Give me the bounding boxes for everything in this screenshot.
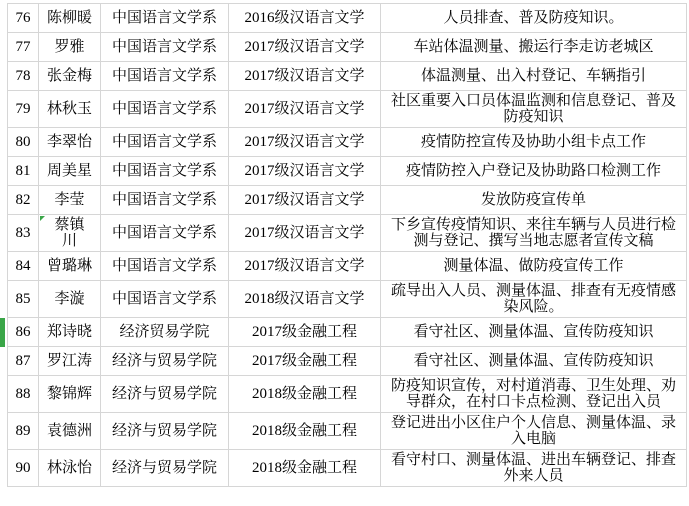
row-number-cell: 80: [8, 128, 39, 157]
row-number-cell: 78: [8, 62, 39, 91]
table-row: 82 李莹 中国语言文学系 2017级汉语言文学 发放防疫宣传单: [8, 186, 687, 215]
table-row: 77 罗雅 中国语言文学系 2017级汉语言文学 车站体温测量、搬运行李走访老城…: [8, 33, 687, 62]
work-description-cell: 看守社区、测量体温、宣传防疫知识: [381, 347, 687, 376]
row-number-cell: 76: [8, 4, 39, 33]
class-major-cell: 2018级金融工程: [229, 450, 381, 487]
department-cell: 中国语言文学系: [101, 281, 229, 318]
department-cell: 中国语言文学系: [101, 252, 229, 281]
class-major-cell: 2017级汉语言文学: [229, 33, 381, 62]
department-cell: 经济贸易学院: [101, 318, 229, 347]
row-number-cell: 86: [8, 318, 39, 347]
department-cell: 经济与贸易学院: [101, 450, 229, 487]
student-name-cell: 李漩: [39, 281, 101, 318]
student-name-cell: 黎锦辉: [39, 376, 101, 413]
work-description-cell: 疏导出入人员、测量体温、排查有无疫情感染风险。: [381, 281, 687, 318]
student-name-text: 袁德洲: [47, 423, 92, 439]
row-number-cell: 88: [8, 376, 39, 413]
work-description-cell: 疫情防控入户登记及协助路口检测工作: [381, 157, 687, 186]
student-name-text: 林泳怡: [47, 460, 92, 476]
row-number-cell: 82: [8, 186, 39, 215]
table-row: 86 郑诗晓 经济贸易学院 2017级金融工程 看守社区、测量体温、宣传防疫知识: [8, 318, 687, 347]
student-name-cell: 郑诗晓: [39, 318, 101, 347]
student-name-text: 李莹: [54, 192, 84, 208]
table-row: 89 袁德洲 经济与贸易学院 2018级金融工程 登记进出小区住户个人信息、测量…: [8, 413, 687, 450]
department-cell: 中国语言文学系: [101, 157, 229, 186]
row-highlight-bar: [0, 318, 5, 347]
row-number-cell: 89: [8, 413, 39, 450]
student-name-cell: 李莹: [39, 186, 101, 215]
class-major-cell: 2017级汉语言文学: [229, 62, 381, 91]
table-row: 84 曾璐琳 中国语言文学系 2017级汉语言文学 测量体温、做防疫宣传工作: [8, 252, 687, 281]
department-cell: 经济与贸易学院: [101, 347, 229, 376]
work-description-cell: 社区重要入口员体温监测和信息登记、普及防疫知识: [381, 91, 687, 128]
class-major-cell: 2018级金融工程: [229, 413, 381, 450]
row-number-cell: 87: [8, 347, 39, 376]
student-name-text: 李漩: [54, 291, 84, 307]
student-name-cell: 曾璐琳: [39, 252, 101, 281]
department-cell: 中国语言文学系: [101, 186, 229, 215]
work-description-cell: 发放防疫宣传单: [381, 186, 687, 215]
table-row: 76 陈柳暖 中国语言文学系 2016级汉语言文学 人员排查、普及防疫知识。: [8, 4, 687, 33]
student-name-cell: 李翠怡: [39, 128, 101, 157]
class-major-cell: 2017级汉语言文学: [229, 186, 381, 215]
student-name-cell: 周美星: [39, 157, 101, 186]
student-name-cell: 袁德洲: [39, 413, 101, 450]
department-cell: 中国语言文学系: [101, 128, 229, 157]
student-name-text: 罗雅: [54, 39, 84, 55]
class-major-cell: 2017级汉语言文学: [229, 128, 381, 157]
row-number-cell: 90: [8, 450, 39, 487]
work-description-cell: 看守社区、测量体温、宣传防疫知识: [381, 318, 687, 347]
row-number-cell: 81: [8, 157, 39, 186]
work-description-cell: 登记进出小区住户个人信息、测量体温、录入电脑: [381, 413, 687, 450]
work-description-cell: 车站体温测量、搬运行李走访老城区: [381, 33, 687, 62]
department-cell: 经济与贸易学院: [101, 376, 229, 413]
work-description-cell: 测量体温、做防疫宣传工作: [381, 252, 687, 281]
student-name-text: 蔡镇川: [53, 217, 85, 249]
work-description-cell: 体温测量、出入村登记、车辆指引: [381, 62, 687, 91]
work-description-cell: 下乡宣传疫情知识、来往车辆与人员进行检测与登记、撰写当地志愿者宣传文稿: [381, 215, 687, 252]
student-name-cell: 罗江涛: [39, 347, 101, 376]
work-description-cell: 疫情防控宣传及协助小组卡点工作: [381, 128, 687, 157]
student-name-text: 李翠怡: [47, 134, 92, 150]
student-name-text: 陈柳暖: [47, 10, 92, 26]
class-major-cell: 2016级汉语言文学: [229, 4, 381, 33]
row-number-cell: 77: [8, 33, 39, 62]
volunteer-table: 76 陈柳暖 中国语言文学系 2016级汉语言文学 人员排查、普及防疫知识。 7…: [7, 3, 687, 487]
student-name-cell: 罗雅: [39, 33, 101, 62]
department-cell: 经济与贸易学院: [101, 413, 229, 450]
student-name-text: 曾璐琳: [47, 258, 92, 274]
student-name-cell: 陈柳暖: [39, 4, 101, 33]
class-major-cell: 2017级金融工程: [229, 318, 381, 347]
student-name-cell: 张金梅: [39, 62, 101, 91]
row-number-cell: 83: [8, 215, 39, 252]
table-row: 88 黎锦辉 经济与贸易学院 2018级金融工程 防疫知识宣传，对村道消毒、卫生…: [8, 376, 687, 413]
spreadsheet-region: 76 陈柳暖 中国语言文学系 2016级汉语言文学 人员排查、普及防疫知识。 7…: [0, 0, 689, 506]
department-cell: 中国语言文学系: [101, 91, 229, 128]
table-row: 81 周美星 中国语言文学系 2017级汉语言文学 疫情防控入户登记及协助路口检…: [8, 157, 687, 186]
class-major-cell: 2017级汉语言文学: [229, 215, 381, 252]
department-cell: 中国语言文学系: [101, 33, 229, 62]
student-name-cell: 林秋玉: [39, 91, 101, 128]
table-row: 80 李翠怡 中国语言文学系 2017级汉语言文学 疫情防控宣传及协助小组卡点工…: [8, 128, 687, 157]
row-number-cell: 84: [8, 252, 39, 281]
table-row: 85 李漩 中国语言文学系 2018级汉语言文学 疏导出入人员、测量体温、排查有…: [8, 281, 687, 318]
department-cell: 中国语言文学系: [101, 62, 229, 91]
work-description-cell: 防疫知识宣传，对村道消毒、卫生处理、劝导群众，在村口卡点检测、登记出入员: [381, 376, 687, 413]
student-name-text: 黎锦辉: [47, 386, 92, 402]
table-row: 87 罗江涛 经济与贸易学院 2017级金融工程 看守社区、测量体温、宣传防疫知…: [8, 347, 687, 376]
work-description-cell: 看守村口、测量体温、进出车辆登记、排查外来人员: [381, 450, 687, 487]
class-major-cell: 2017级金融工程: [229, 347, 381, 376]
class-major-cell: 2018级汉语言文学: [229, 281, 381, 318]
row-number-cell: 79: [8, 91, 39, 128]
student-name-text: 郑诗晓: [47, 324, 92, 340]
student-name-text: 张金梅: [47, 68, 92, 84]
department-cell: 中国语言文学系: [101, 215, 229, 252]
table-row: 83 蔡镇川 中国语言文学系 2017级汉语言文学 下乡宣传疫情知识、来往车辆与…: [8, 215, 687, 252]
table-row: 78 张金梅 中国语言文学系 2017级汉语言文学 体温测量、出入村登记、车辆指…: [8, 62, 687, 91]
student-name-cell: 林泳怡: [39, 450, 101, 487]
student-name-text: 罗江涛: [47, 353, 92, 369]
table-row: 90 林泳怡 经济与贸易学院 2018级金融工程 看守村口、测量体温、进出车辆登…: [8, 450, 687, 487]
student-name-cell: 蔡镇川: [39, 215, 101, 252]
student-name-text: 周美星: [47, 163, 92, 179]
green-corner-flag-icon: [40, 216, 45, 221]
row-number-cell: 85: [8, 281, 39, 318]
work-description-cell: 人员排查、普及防疫知识。: [381, 4, 687, 33]
class-major-cell: 2017级汉语言文学: [229, 91, 381, 128]
class-major-cell: 2017级汉语言文学: [229, 157, 381, 186]
class-major-cell: 2017级汉语言文学: [229, 252, 381, 281]
student-name-text: 林秋玉: [47, 101, 92, 117]
table-row: 79 林秋玉 中国语言文学系 2017级汉语言文学 社区重要入口员体温监测和信息…: [8, 91, 687, 128]
class-major-cell: 2018级金融工程: [229, 376, 381, 413]
department-cell: 中国语言文学系: [101, 4, 229, 33]
